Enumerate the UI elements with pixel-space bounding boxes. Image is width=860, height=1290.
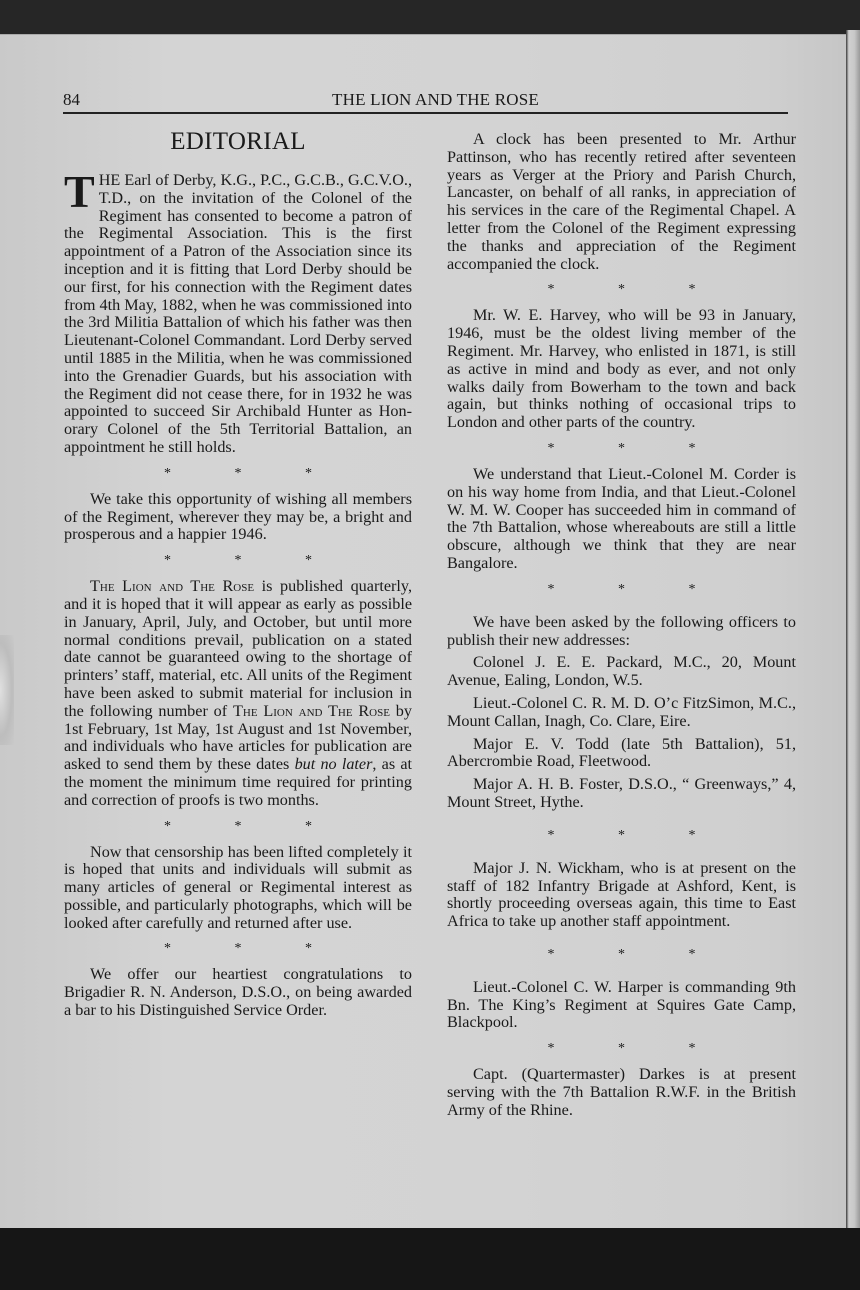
- section-separator: * * *: [64, 466, 412, 482]
- paragraph-congratulations: We offer our heartiest congratulations t…: [64, 966, 412, 1019]
- section-separator: * * *: [447, 582, 796, 598]
- section-separator: * * *: [447, 947, 796, 963]
- paragraph-mr-harvey: Mr. W. E. Harvey, who will be 93 in Jan­…: [447, 307, 796, 432]
- journal-title: THE LION AND THE ROSE: [63, 90, 788, 110]
- paragraph-censorship-lifted: Now that censorship has been lifted com­…: [64, 844, 412, 933]
- paragraph-colonel-harper: Lieut.-Colonel C. W. Harper is command­i…: [447, 979, 796, 1032]
- scan-background-top: [0, 0, 860, 36]
- drop-cap: T: [64, 175, 95, 209]
- paragraph-capt-darkes: Capt. (Quartermaster) Darkes is at prese…: [447, 1066, 796, 1119]
- emphasis-text: but no later: [295, 755, 373, 773]
- section-separator: * * *: [64, 941, 412, 957]
- journal-name: The Lion and The Rose: [90, 577, 254, 595]
- section-separator: * * *: [447, 1041, 796, 1057]
- paragraph-publication-schedule: The Lion and The Rose is published quart…: [64, 578, 412, 809]
- address-entry: Major E. V. Todd (late 5th Battalion), 5…: [447, 736, 796, 772]
- right-column: A clock has been presented to Mr. Arthur…: [447, 131, 796, 1120]
- paragraph-new-year-wishes: We take this opportunity of wishing all …: [64, 491, 412, 544]
- address-entry: Major A. H. B. Foster, D.S.O., “ Green­w…: [447, 776, 796, 812]
- section-separator: * * *: [447, 441, 796, 457]
- scan-background-bottom: [0, 1228, 860, 1290]
- address-entry: Lieut.-Colonel C. R. M. D. O’c FitzSimon…: [447, 695, 796, 731]
- address-entry: Colonel J. E. E. Packard, M.C., 20, Moun…: [447, 654, 796, 690]
- paragraph-colonel-corder: We understand that Lieut.-Colonel M. Cor…: [447, 466, 796, 573]
- paragraph-lord-derby: THE Earl of Derby, K.G., P.C., G.C.B., G…: [64, 172, 412, 457]
- section-separator: * * *: [447, 282, 796, 298]
- left-column: EDITORIAL THE Earl of Derby, K.G., P.C.,…: [64, 128, 412, 1020]
- section-separator: * * *: [447, 828, 796, 844]
- running-header: 84 THE LION AND THE ROSE: [63, 88, 788, 114]
- page-curl-shadow: [0, 635, 14, 745]
- section-separator: * * *: [64, 819, 412, 835]
- paragraph-major-wickham: Major J. N. Wickham, who is at present o…: [447, 860, 796, 931]
- journal-name: The Lion and The Rose: [233, 702, 390, 720]
- paragraph-text: HE Earl of Derby, K.G., P.C., G.C.B., G.…: [64, 171, 412, 456]
- editorial-heading: EDITORIAL: [64, 128, 412, 156]
- paragraph-text: is published quarterly, and it is hoped …: [64, 577, 412, 720]
- paragraph-new-addresses-intro: We have been asked by the following offi…: [447, 614, 796, 650]
- paragraph-clock-presentation: A clock has been presented to Mr. Arthur…: [447, 131, 796, 273]
- page-edge: [846, 30, 860, 1230]
- section-separator: * * *: [64, 553, 412, 569]
